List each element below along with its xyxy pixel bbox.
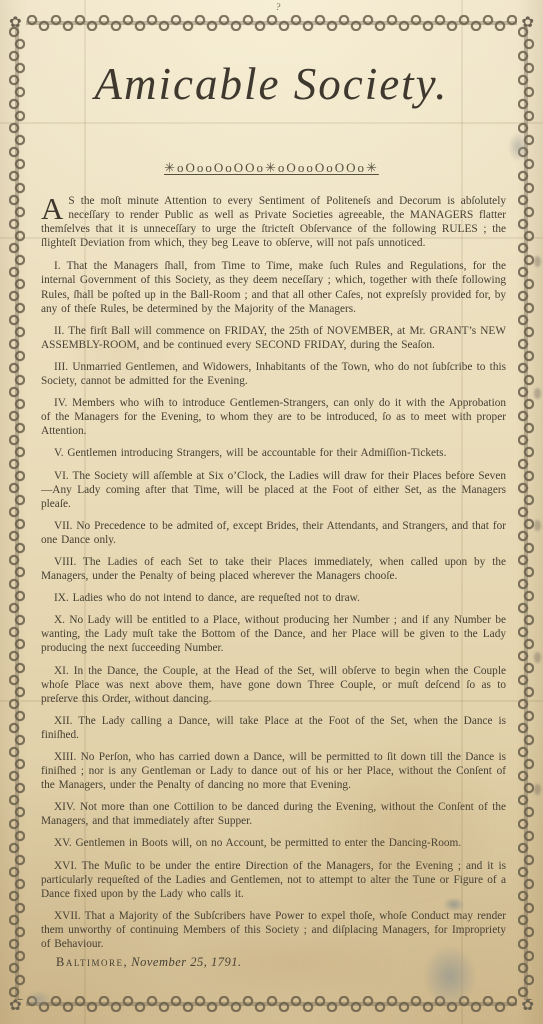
rule-item: XIII. No Perſon, who has carried down a …: [41, 750, 506, 792]
border-bottom-ornament: [26, 996, 517, 1012]
edge-speck: [534, 520, 541, 531]
printers-mark: ?: [275, 2, 281, 14]
dateline-place: Baltimore,: [56, 955, 128, 969]
rule-item: XVII. That a Majority of the Subſcribers…: [41, 909, 506, 950]
rule-item: III. Unmarried Gentlemen, and Widowers, …: [41, 360, 506, 388]
rule-item: XII. The Lady calling a Dance, will take…: [41, 714, 506, 742]
ornament-divider: ✳oOooOoOOo✳oOooOoOOo✳: [0, 160, 543, 176]
rule-item: XIV. Not more than one Cottilion to be d…: [41, 800, 506, 828]
intro-paragraph: AS the moſt minute Attention to every Se…: [41, 194, 506, 250]
rule-item: I. That the Managers ſhall, from Time to…: [41, 259, 506, 315]
rule-item: XV. Gentlemen in Boots will, on no Accou…: [41, 836, 506, 850]
rule-item: VI. The Society will aſſemble at Six o’C…: [41, 469, 506, 511]
intro-text: S the moſt minute Attention to every Sen…: [41, 195, 506, 249]
corner-rosette-icon: ✿: [9, 15, 22, 30]
corner-rosette-icon: ✿: [9, 998, 22, 1013]
edge-speck: [534, 388, 541, 399]
dateline-date: November 25, 1791.: [131, 955, 241, 969]
rule-item: X. No Lady will be entitled to a Place, …: [41, 613, 506, 655]
edge-speck: [534, 256, 541, 267]
page-title: Amicable Society.: [0, 58, 543, 110]
rule-item: VIII. The Ladies of each Set to take the…: [41, 555, 506, 583]
rules-text-block: AS the moſt minute Attention to every Se…: [41, 194, 506, 950]
stain: [424, 946, 476, 1006]
rule-item: VII. No Precedence to be admited of, exc…: [41, 519, 506, 547]
rule-item: V. Gentlemen introducing Strangers, will…: [41, 446, 506, 460]
rule-item: XI. In the Dance, the Couple, at the Hea…: [41, 664, 506, 706]
corner-rosette-icon: ✿: [521, 998, 534, 1013]
rule-item: XVI. The Muſic to be under the entire Di…: [41, 859, 506, 901]
edge-speck: [534, 652, 541, 663]
corner-rosette-icon: ✿: [521, 15, 534, 30]
rule-item: IX. Ladies who do not intend to dance, a…: [41, 591, 506, 605]
stain: [27, 991, 51, 1007]
drop-cap: A: [41, 194, 68, 221]
rule-item: IV. Members who wiſh to introduce Gentle…: [41, 396, 506, 438]
stain: [508, 132, 528, 162]
dateline: Baltimore, November 25, 1791.: [56, 955, 242, 970]
broadside-page: ✿ ✿ ✿ ✿ ? Amicable Society. ✳oOooOoOOo✳o…: [0, 0, 543, 1024]
rule-item: II. The firſt Ball will commence on FRID…: [41, 324, 506, 352]
border-top-ornament: [26, 15, 517, 31]
edge-speck: [534, 784, 541, 795]
crease-line: [0, 122, 543, 124]
